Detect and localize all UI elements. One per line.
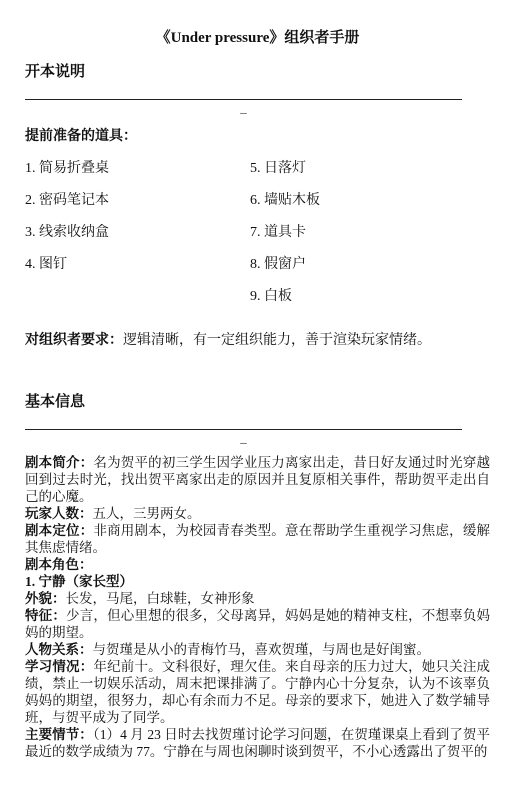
- field-text: （1）4 月 23 日时去找贺瑾讨论学习问题，在贺瑾课桌上看到了贺平最近的数学成…: [25, 727, 490, 759]
- page-title: 《Under pressure》组织者手册: [25, 28, 490, 48]
- props-item: 7. 道具卡: [250, 224, 320, 242]
- section-heading-instructions: 开本说明: [25, 62, 490, 82]
- field-label: 玩家人数：: [25, 506, 93, 521]
- props-item: 3. 线索收纳盒: [25, 224, 250, 242]
- basic-info-body: 剧本简介：名为贺平的初三学生因学业压力离家出走，昔日好友通过时光穿越回到过去时光…: [25, 454, 490, 760]
- divider-dash: _: [25, 430, 462, 446]
- field-role-name: 1. 宁静（家长型）: [25, 573, 490, 590]
- organizer-requirement-label: 对组织者要求：: [25, 333, 123, 348]
- field-script-positioning: 剧本定位：非商用剧本，为校园青春类型。意在帮助学生重视学习焦虑，缓解其焦虑情绪。: [25, 522, 490, 556]
- props-list: 1. 简易折叠桌 2. 密码笔记本 3. 线索收纳盒 4. 图钉 5. 日落灯 …: [25, 160, 490, 320]
- document-page: 《Under pressure》组织者手册 开本说明 _ 提前准备的道具： 1.…: [0, 0, 517, 787]
- organizer-requirement: 对组织者要求：逻辑清晰，有一定组织能力，善于渲染玩家情绪。: [25, 332, 490, 350]
- props-item: 4. 图钉: [25, 256, 250, 274]
- field-label: 外貌：: [25, 591, 66, 606]
- field-text: 名为贺平的初三学生因学业压力离家出走，昔日好友通过时光穿越回到过去时光，找出贺平…: [25, 455, 490, 504]
- field-label: 特征：: [25, 608, 66, 623]
- field-label: 1. 宁静（家长型）: [25, 574, 133, 589]
- field-text: 少言，但心里想的很多，父母离异，妈妈是她的精神支柱，不想辜负妈妈的期望。: [25, 608, 490, 640]
- props-column-right: 5. 日落灯 6. 墙贴木板 7. 道具卡 8. 假窗户 9. 白板: [250, 160, 320, 320]
- props-item: 5. 日落灯: [250, 160, 320, 178]
- props-item: 1. 简易折叠桌: [25, 160, 250, 178]
- field-study-situation: 学习情况：年纪前十。文科很好，理欠佳。来自母亲的压力过大，她只关注成绩，禁止一切…: [25, 658, 490, 726]
- field-label: 主要情节：: [25, 727, 93, 742]
- props-item: 8. 假窗户: [250, 256, 320, 274]
- field-appearance: 外貌：长发，马尾，白球鞋，女神形象: [25, 590, 490, 607]
- field-text: 非商用剧本，为校园青春类型。意在帮助学生重视学习焦虑，缓解其焦虑情绪。: [25, 523, 490, 555]
- props-item: 2. 密码笔记本: [25, 192, 250, 210]
- field-label: 剧本简介：: [25, 455, 93, 470]
- field-script-roles: 剧本角色：: [25, 556, 490, 573]
- divider-dash: _: [25, 100, 462, 116]
- field-text: 年纪前十。文科很好，理欠佳。来自母亲的压力过大，她只关注成绩，禁止一切娱乐活动，…: [25, 659, 490, 725]
- field-label: 人物关系：: [25, 642, 93, 657]
- field-text: 长发，马尾，白球鞋，女神形象: [66, 591, 255, 606]
- props-item: 6. 墙贴木板: [250, 192, 320, 210]
- field-main-plot: 主要情节：（1）4 月 23 日时去找贺瑾讨论学习问题，在贺瑾课桌上看到了贺平最…: [25, 726, 490, 760]
- field-traits: 特征：少言，但心里想的很多，父母离异，妈妈是她的精神支柱，不想辜负妈妈的期望。: [25, 607, 490, 641]
- field-label: 剧本角色：: [25, 557, 93, 572]
- props-column-left: 1. 简易折叠桌 2. 密码笔记本 3. 线索收纳盒 4. 图钉: [25, 160, 250, 320]
- props-heading: 提前准备的道具：: [25, 128, 490, 146]
- section-heading-basic-info: 基本信息: [25, 392, 490, 412]
- field-label: 学习情况：: [25, 659, 93, 674]
- field-relationships: 人物关系：与贺瑾是从小的青梅竹马，喜欢贺瑾，与周也是好闺蜜。: [25, 641, 490, 658]
- field-player-count: 玩家人数：五人，三男两女。: [25, 505, 490, 522]
- field-label: 剧本定位：: [25, 523, 93, 538]
- field-script-summary: 剧本简介：名为贺平的初三学生因学业压力离家出走，昔日好友通过时光穿越回到过去时光…: [25, 454, 490, 505]
- field-text: 与贺瑾是从小的青梅竹马，喜欢贺瑾，与周也是好闺蜜。: [93, 642, 431, 657]
- props-item: 9. 白板: [250, 288, 320, 306]
- organizer-requirement-text: 逻辑清晰，有一定组织能力，善于渲染玩家情绪。: [123, 333, 431, 348]
- field-text: 五人，三男两女。: [93, 506, 201, 521]
